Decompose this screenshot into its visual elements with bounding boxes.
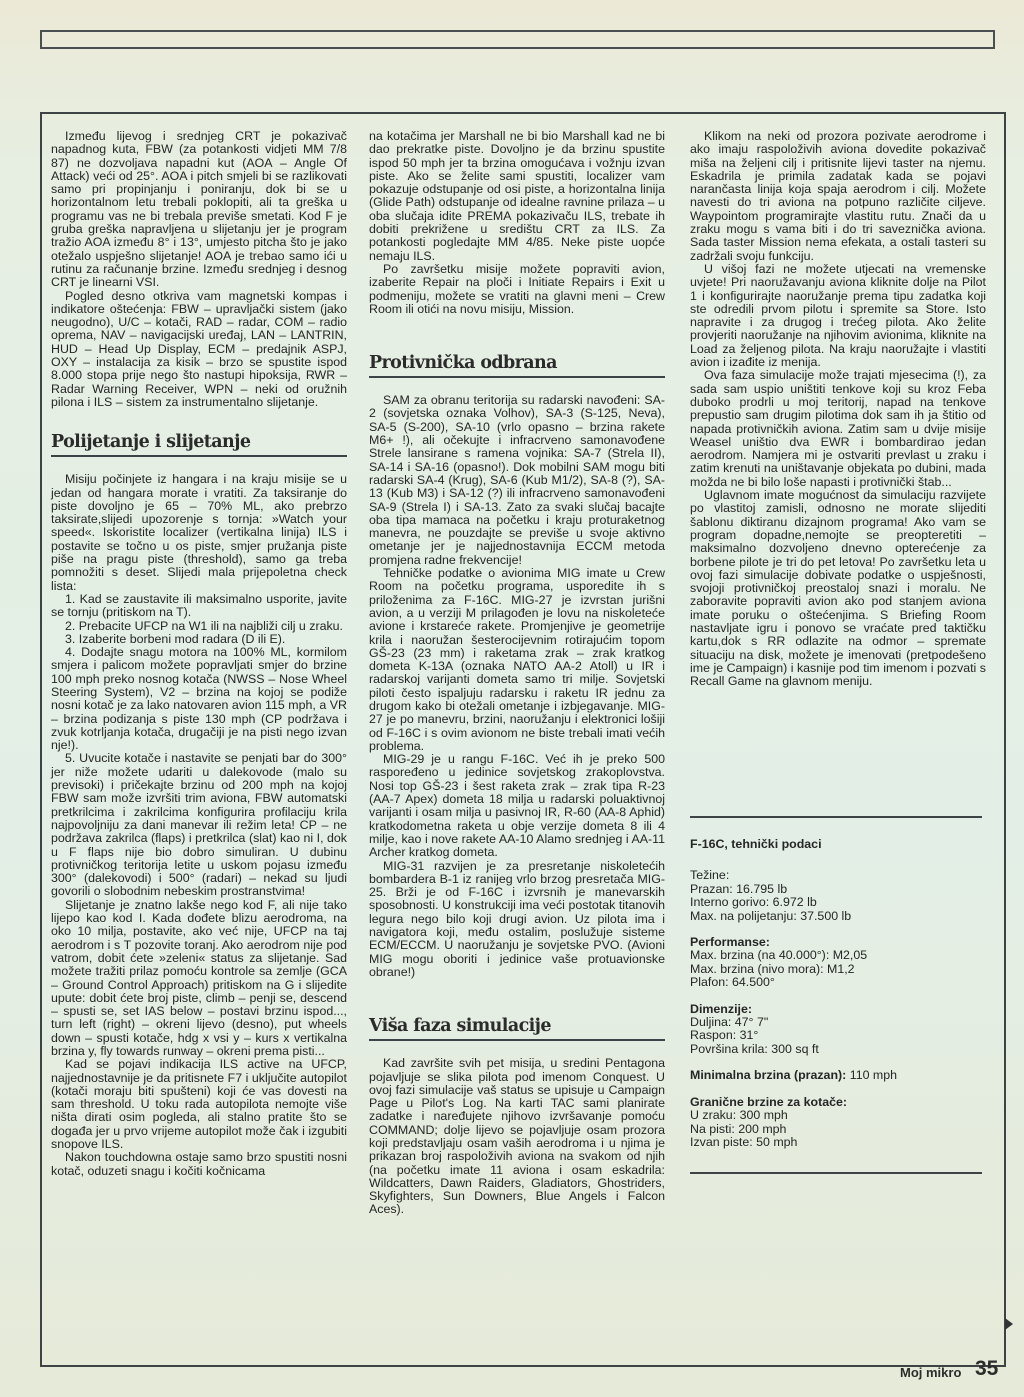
divider (690, 816, 982, 818)
specs-label: Performanse: (690, 936, 980, 949)
checklist-item: 3. Izaberite borbeni mod radara (D ili E… (51, 633, 347, 646)
specs-line: Na pisti: 200 mph (690, 1123, 980, 1136)
paragraph: Uglavnom imate mogućnost da simulaciju r… (690, 489, 986, 688)
specs-value: 110 mph (850, 1068, 897, 1082)
paragraph: Između lijevog i srednjeg CRT je pokaziv… (51, 130, 347, 290)
specs-dimensions: Dimenzije: Duljina: 47° 7" Raspon: 31° P… (690, 1003, 980, 1057)
paragraph: MIG-31 razvijen je za presretanje niskol… (369, 860, 665, 980)
f16c-specs-box: F-16C, tehnički podaci Težine: Prazan: 1… (690, 838, 980, 1162)
specs-weights: Težine: Prazan: 16.795 lb Interno gorivo… (690, 869, 980, 923)
specs-line: Raspon: 31° (690, 1029, 980, 1042)
checklist-item: 2. Prebacite UFCP na W1 ili na najbliži … (51, 620, 347, 633)
paragraph: na kotačima jer Marshall ne bi bio Marsh… (369, 130, 665, 263)
section-heading-enemy-defense: Protivnička odbrana (369, 352, 665, 378)
paragraph: Misiju počinjete iz hangara i na kraju m… (51, 473, 347, 593)
page-number: 35 (975, 1357, 998, 1381)
specs-line: Interno gorivo: 6.972 lb (690, 896, 980, 909)
specs-line: Max. na polijetanju: 37.500 lb (690, 910, 980, 923)
checklist-item: 5. Uvucite kotače i nastavite se penjati… (51, 752, 347, 898)
specs-label: Granične brzine za kotače: (690, 1096, 980, 1109)
specs-line: Duljina: 47° 7" (690, 1016, 980, 1029)
paragraph: Kad završite svih pet misija, u sredini … (369, 1057, 665, 1217)
specs-line: Max. brzina (nivo mora): M1,2 (690, 963, 980, 976)
top-frame-box (40, 30, 995, 49)
column-1: Između lijevog i srednjeg CRT je pokaziv… (51, 130, 347, 1178)
specs-label: Težine: (690, 869, 980, 882)
checklist-item: 4. Dodajte snagu motora na 100% ML, korm… (51, 646, 347, 752)
specs-line: Max. brzina (na 40.000°): M2,05 (690, 949, 980, 962)
column-3: Klikom na neki od prozora pozivate aerod… (690, 130, 986, 688)
paragraph: Tehničke podatke o avionima MIG imate u … (369, 567, 665, 753)
magazine-name: Moj mikro (900, 1365, 961, 1380)
specs-line: Izvan piste: 50 mph (690, 1136, 980, 1149)
paragraph: Nakon touchdowna ostaje samo brzo spusti… (51, 1151, 347, 1178)
paragraph: Klikom na neki od prozora pozivate aerod… (690, 130, 986, 263)
paragraph: Kad se pojavi indikacija ILS active na U… (51, 1058, 347, 1151)
section-heading-higher-phase: Viša faza simulacije (369, 1015, 665, 1041)
paragraph: Ova faza simulacije može trajati mjeseci… (690, 369, 986, 489)
paragraph: Pogled desno otkriva vam magnetski kompa… (51, 290, 347, 410)
divider (690, 1172, 982, 1174)
continue-arrow-icon (1005, 1318, 1013, 1330)
specs-title: F-16C, tehnički podaci (690, 838, 980, 851)
paragraph: Slijetanje je znatno lakše nego kod F, a… (51, 899, 347, 1059)
specs-gear-limits: Granične brzine za kotače: U zraku: 300 … (690, 1096, 980, 1150)
specs-min-speed: Minimalna brzina (prazan): 110 mph (690, 1069, 980, 1082)
section-heading-takeoff-landing: Polijetanje i slijetanje (51, 431, 347, 457)
specs-performance: Performanse: Max. brzina (na 40.000°): M… (690, 936, 980, 990)
specs-label: Dimenzije: (690, 1003, 980, 1016)
paragraph: MIG-29 je u rangu F-16C. Već ih je preko… (369, 753, 665, 859)
column-2: na kotačima jer Marshall ne bi bio Marsh… (369, 130, 665, 1217)
specs-line: Plafon: 64.500° (690, 976, 980, 989)
paragraph: Po završetku misije možete popraviti avi… (369, 263, 665, 316)
specs-line: U zraku: 300 mph (690, 1109, 980, 1122)
paragraph: SAM za obranu teritorija su radarski nav… (369, 394, 665, 567)
specs-line: Prazan: 16.795 lb (690, 883, 980, 896)
specs-label: Minimalna brzina (prazan): (690, 1068, 846, 1082)
paragraph: U višoj fazi ne možete utjecati na vreme… (690, 263, 986, 369)
specs-line: Površina krila: 300 sq ft (690, 1043, 980, 1056)
checklist-item: 1. Kad se zaustavite ili maksimalno uspo… (51, 593, 347, 620)
